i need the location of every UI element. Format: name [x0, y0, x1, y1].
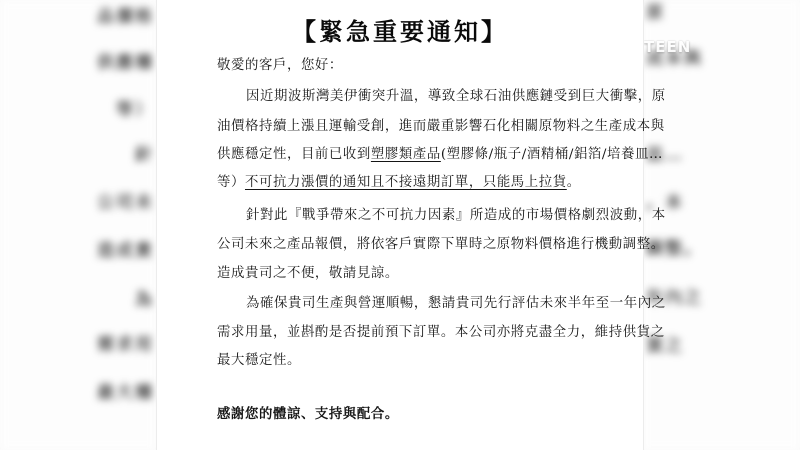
text-segment: 。 — [567, 175, 581, 190]
blurred-text: 需求用 — [97, 330, 154, 355]
blurred-text: 針 — [135, 140, 154, 165]
blurred-right-background: 原 成本與 皿… 。本 調整。 年內之 貨之 — [642, 0, 800, 450]
blurred-text: 原 — [646, 0, 665, 23]
blurred-text: 為 — [135, 285, 154, 310]
greeting: 敬愛的客戶，您好： — [217, 54, 343, 73]
broadcaster-logo: TEEN — [644, 38, 691, 56]
blurred-text: 供應穩 — [97, 48, 154, 73]
paragraph2-line1: 針對此『戰爭帶來之不可抗力因素』所造成的市場價格劇烈波動，本 — [246, 204, 666, 223]
blurred-left-background: 品價格 供應穩 等） 針 公司未 造成貴 為 需求用 最大穩 — [0, 0, 156, 450]
paragraph1-line1: 因近期波斯灣美伊衝突升溫，導致全球石油供應鏈受到巨大衝擊，原 — [246, 85, 666, 104]
text-segment: 供應穩定性，目前已收到 — [217, 147, 371, 162]
blurred-text: 品價格 — [97, 2, 154, 27]
screenshot-frame: 品價格 供應穩 等） 針 公司未 造成貴 為 需求用 最大穩 原 成本與 皿… … — [0, 0, 800, 450]
blurred-text: 造成貴 — [97, 236, 154, 261]
paragraph2-line2: 公司未來之產品報價，將依客戶實際下單時之原物料價格進行機動調整。 — [217, 233, 665, 252]
closing-thanks: 感謝您的體諒、支持與配合。 — [217, 403, 399, 422]
underlined-plastic-products: 塑膠類產品 — [371, 147, 441, 162]
paragraph1-line3: 供應穩定性，目前已收到塑膠類產品(塑膠條/瓶子/酒精桶/鋁箔/培養皿… — [217, 143, 663, 162]
text-segment: 等） — [217, 175, 245, 190]
blurred-text: 最大穩 — [97, 378, 154, 403]
notice-document: 【緊急重要通知】 敬愛的客戶，您好： 因近期波斯灣美伊衝突升溫，導致全球石油供應… — [156, 0, 644, 450]
blurred-text: 公司未 — [97, 188, 154, 213]
paragraph1-line2: 油價格持續上漲且運輸受創，進而嚴重影響石化相關原物料之生產成本與 — [217, 115, 665, 134]
document-title: 【緊急重要通知】 — [157, 12, 643, 47]
paragraph1-line4: 等）不可抗力漲價的通知且不接遠期訂單，只能馬上拉貨。 — [217, 171, 581, 190]
text-segment: (塑膠條/瓶子/酒精桶/鋁箔/培養皿… — [441, 147, 663, 162]
underlined-force-majeure-notice: 不可抗力漲價的通知且不接遠期訂單，只能馬上拉貨 — [245, 175, 567, 190]
paragraph2-line3: 造成貴司之不便，敬請見諒。 — [217, 262, 399, 281]
paragraph3-line2: 需求用量，並斟酌是否提前預下訂單。本公司亦將克盡全力，維持供貨之 — [217, 321, 665, 340]
blurred-text: 等） — [116, 95, 154, 120]
paragraph3-line3: 最大穩定性。 — [217, 349, 301, 368]
paragraph3-line1: 為確保貴司生產與營運順暢，懇請貴司先行評估未來半年至一年內之 — [246, 292, 666, 311]
